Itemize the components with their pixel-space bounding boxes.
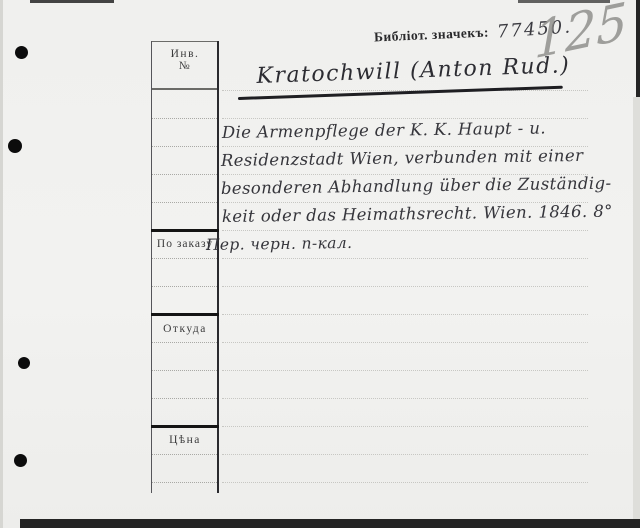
rule-line bbox=[222, 286, 588, 288]
entry-line-5: Пер. черн. п-кал. bbox=[206, 234, 353, 254]
inventory-label-line1: Инв. bbox=[152, 48, 218, 60]
rule-line bbox=[152, 174, 217, 176]
rule-line bbox=[152, 118, 217, 120]
rule-line bbox=[152, 370, 217, 372]
rule-line bbox=[222, 342, 588, 344]
rule-line bbox=[152, 398, 217, 400]
rule-line bbox=[152, 88, 217, 90]
rule-line bbox=[152, 258, 217, 260]
rule-line bbox=[152, 146, 217, 148]
rule-line bbox=[152, 286, 217, 288]
inventory-number-sign: № bbox=[152, 60, 218, 72]
rule-line bbox=[222, 370, 588, 372]
rule-line bbox=[152, 202, 217, 204]
rule-line bbox=[222, 454, 588, 456]
catalog-card-scan: Инв. № По заказу Откуда Цѣна Библіот. зн… bbox=[0, 0, 640, 528]
rule-line bbox=[151, 425, 219, 428]
column-label-from-where: Откуда bbox=[152, 323, 218, 335]
rule-line bbox=[222, 314, 588, 316]
rule-line bbox=[222, 258, 588, 260]
column-label-price: Цѣна bbox=[152, 434, 218, 446]
column-label-inventory: Инв. № bbox=[152, 48, 218, 72]
rule-line bbox=[151, 229, 219, 232]
rule-line bbox=[152, 454, 217, 456]
rule-line bbox=[222, 230, 588, 232]
rule-line bbox=[152, 41, 217, 42]
rule-line bbox=[151, 313, 219, 316]
rule-line bbox=[222, 398, 588, 400]
rule-line bbox=[152, 482, 217, 484]
rule-line bbox=[222, 426, 588, 428]
rule-line bbox=[152, 342, 217, 344]
rule-line bbox=[222, 482, 588, 484]
